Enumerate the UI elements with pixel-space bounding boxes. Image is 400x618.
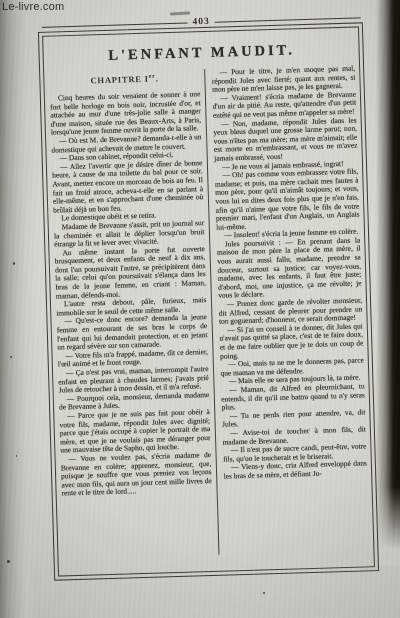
printed-page-frame: 403 L'ENFANT MAUDIT. CHAPITRE Ier. Cinq … [38, 22, 379, 580]
scan-speckle [7, 560, 10, 563]
right-column-text: — Pour le titre, je m'en moque pas mal, … [212, 65, 368, 482]
book-edge-shadow-right [376, 0, 400, 566]
paragraph: — Vous ne voulez pas, s'écria madame de … [61, 451, 213, 498]
scan-speckle [263, 592, 265, 594]
chapter-suffix: . [156, 73, 159, 83]
right-column: — Pour le titre, je m'en moque pas mal, … [206, 65, 370, 555]
paragraph: — Viens-y donc, cria Alfred enveloppé da… [223, 460, 367, 481]
scan-speckle [16, 455, 17, 457]
paragraph: — Qu'est-ce donc encore? demanda la jeun… [56, 313, 207, 352]
scan-speckle [10, 356, 12, 358]
scan-smudge [170, 11, 190, 15]
page-title: L'ENFANT MAUDIT. [48, 41, 354, 67]
paragraph: Au même instant la porte fut ouverte bru… [54, 245, 206, 301]
paragraph: — Non, madame, répondit Jules dans les y… [213, 116, 358, 163]
left-column-text: Cinq heures du soir venaient de sonner à… [50, 90, 212, 498]
watermark-label: Le-livre.com [2, 1, 64, 13]
chapter-prefix: CHAPITRE I [90, 74, 149, 86]
page-number-rule-right [215, 17, 361, 22]
chapter-heading: CHAPITRE Ier. [49, 72, 200, 86]
page-curl-shadow-left [0, 0, 38, 618]
scan-speckle [13, 262, 15, 265]
paragraph: — Parce que je ne suis pas fait pour obé… [59, 408, 211, 455]
page-content: L'ENFANT MAUDIT. CHAPITRE Ier. Cinq heur… [48, 30, 370, 573]
paragraph: — Si j'ai un conseil à te donner, dit Ju… [219, 322, 364, 361]
paragraph: — Oh! pas comme vous embrassez votre fil… [215, 168, 360, 232]
paragraph: — Allez l'avertir que je désire dîner de… [52, 159, 204, 215]
paragraph: Jules poursuivit : — En prenant dans la … [217, 236, 362, 300]
paragraph: Cinq heures du soir venaient de sonner à… [50, 90, 202, 137]
scanned-book-page: 403 L'ENFANT MAUDIT. CHAPITRE Ier. Cinq … [0, 0, 400, 618]
page-number-rule-left [42, 22, 188, 27]
left-column: CHAPITRE Ier. Cinq heures du soir venaie… [49, 69, 219, 559]
text-columns: CHAPITRE Ier. Cinq heures du soir venaie… [49, 65, 369, 560]
page-number: 403 [187, 17, 215, 28]
